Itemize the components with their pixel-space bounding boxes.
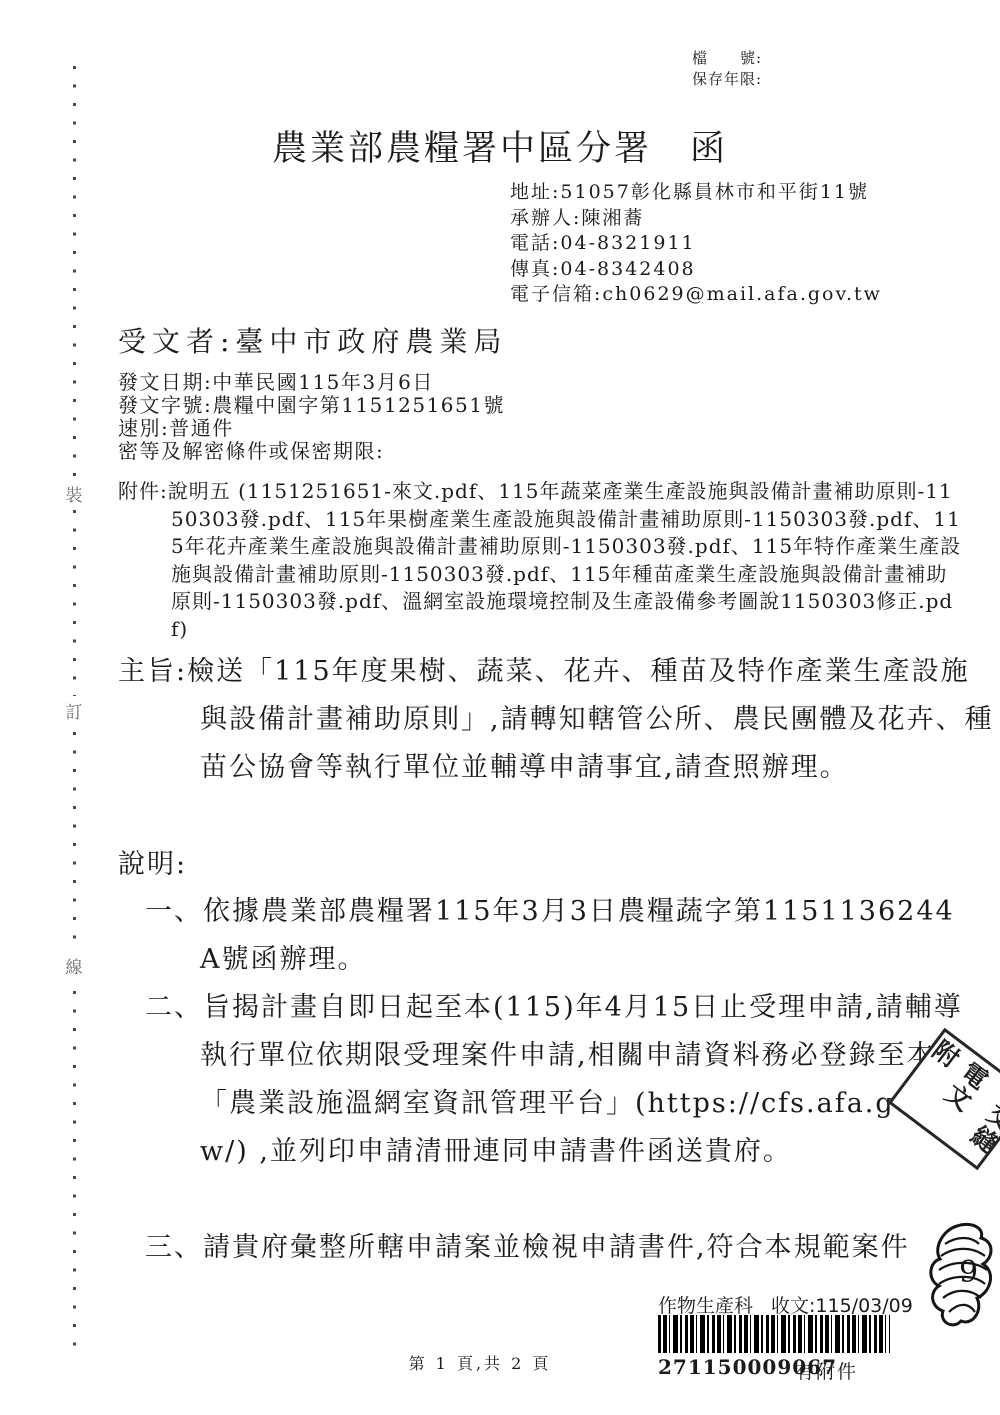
explanation-item-2: 二、旨揭計畫自即日起至本(115)年4月15日止受理申請,請輔導執行單位依期限受… (145, 984, 968, 1176)
receiving-dept: 作物生產科 (658, 1291, 753, 1318)
binding-mark-xian: 線 (61, 951, 87, 980)
received-date: 收文:115/03/09 (771, 1291, 913, 1318)
subject-paragraph: 主旨:檢送「115年度果樹、蔬菜、花卉、種苗及特作產業生產設施與設備計畫補助原則… (118, 648, 995, 792)
sender-phone: 電話:04-8321911 (510, 231, 882, 257)
file-number-block: 檔 號: 保存年限: (692, 48, 762, 90)
explanation-item-3: 三、請貴府彙整所轄申請案並檢視申請書件,符合本規範案件 (145, 1224, 968, 1272)
retention-label: 保存年限: (692, 69, 762, 90)
sender-contact-person: 承辦人:陳湘蕎 (510, 206, 882, 232)
receipt-stamp-line: 作物生產科 收文:115/03/09 (658, 1291, 898, 1318)
scribble-digit: 9 (959, 1255, 978, 1290)
explanation-label: 說明: (118, 842, 187, 881)
doc-number: 發文字號:農糧中園字第1151251651號 (118, 394, 505, 417)
sender-fax: 傳真:04-8342408 (510, 257, 882, 283)
binding-mark-zhuang: 裝 (61, 479, 87, 508)
issue-date: 發文日期:中華民國115年3月6日 (118, 371, 505, 394)
sender-email: 電子信箱:ch0629@mail.afa.gov.tw (510, 282, 882, 308)
metadata-block: 發文日期:中華民國115年3月6日 發文字號:農糧中園字第1151251651號… (118, 371, 505, 463)
attachment-list: 附件:說明五 (1151251651-來文.pdf、115年蔬菜產業生產設施與設… (118, 478, 963, 643)
security-level: 密等及解密條件或保密期限: (118, 440, 505, 463)
barcode (658, 1315, 890, 1353)
priority: 速別:普通件 (118, 417, 505, 440)
official-letter-page: 裝 訂 線 檔 號: 保存年限: 農業部農糧署中區分署 函 地址:51057彰化… (0, 0, 1000, 1415)
explanation-item-1: 一、依據農業部農糧署115年3月3日農糧蔬字第1151136244A號函辦理。 (145, 888, 968, 984)
sender-info-block: 地址:51057彰化縣員林市和平街11號 承辦人:陳湘蕎 電話:04-83219… (510, 180, 882, 308)
binding-mark-ding: 訂 (61, 696, 87, 725)
recipient-line: 受文者:臺中市政府農業局 (118, 320, 507, 360)
handwritten-scribble-mark: 9 (923, 1220, 1000, 1332)
page-number: 第 1 頁,共 2 頁 (0, 1351, 960, 1374)
document-title: 農業部農糧署中區分署 函 (0, 121, 1000, 171)
sender-address: 地址:51057彰化縣員林市和平街11號 (510, 180, 882, 206)
file-number-label: 檔 號: (692, 48, 762, 69)
